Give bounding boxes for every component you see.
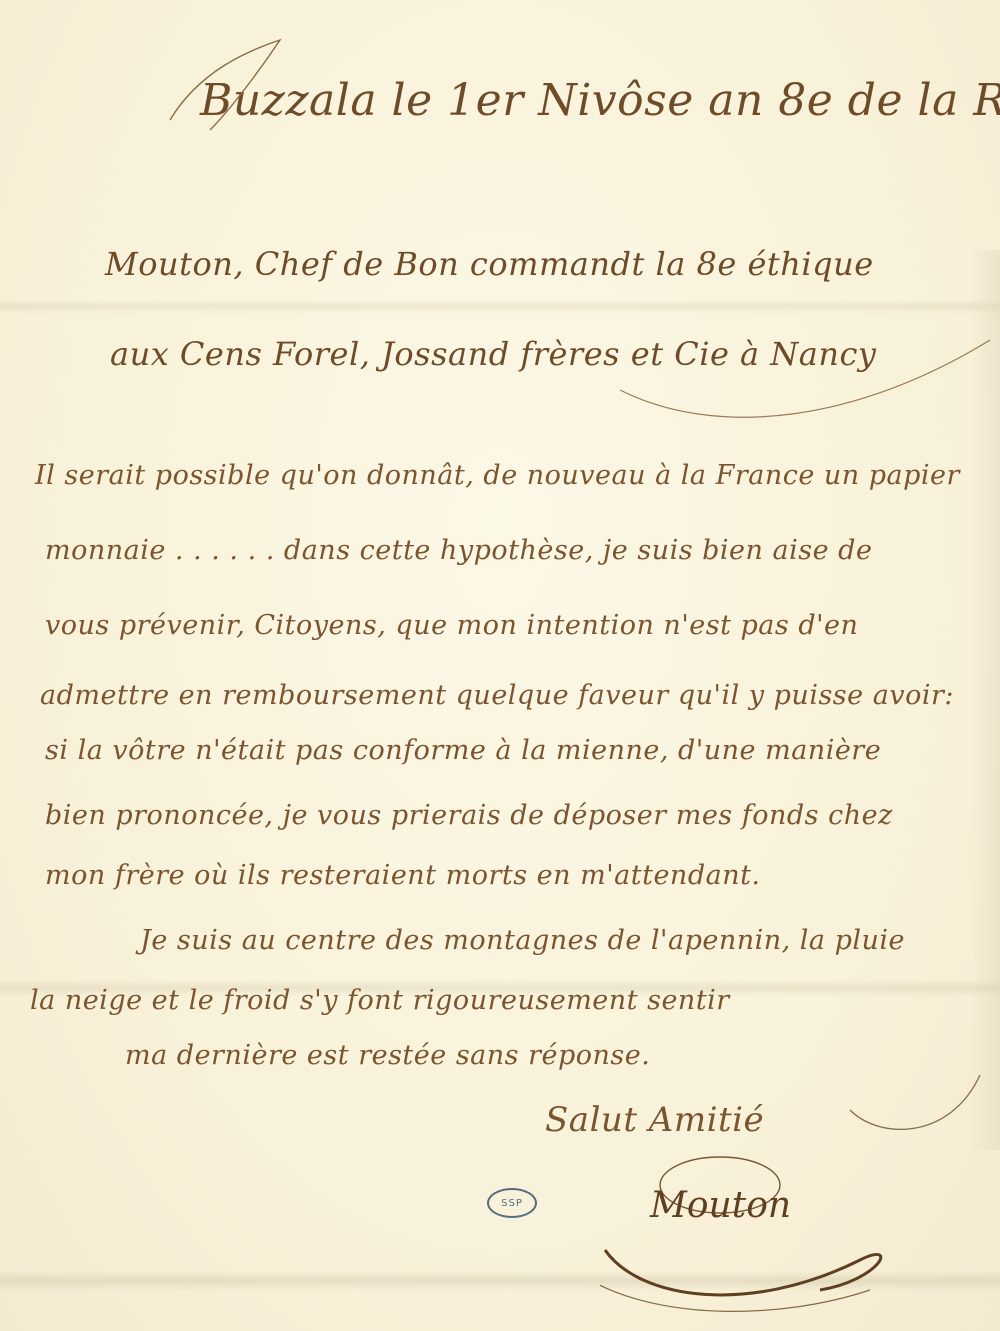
address-line-1: Mouton, Chef de Bon commandt la 8e éthiq… [105,245,874,283]
ssp-stamp: SSP [487,1188,537,1218]
address-line-2: aux Cens Forel, Jossand frères et Cie à … [110,335,876,373]
body-line-7: mon frère où ils resteraient morts en m'… [45,860,761,891]
signature-name: Mouton [650,1185,791,1226]
body-line-2: monnaie . . . . . . dans cette hypothèse… [45,535,872,566]
signature-flourish-icon [600,1140,920,1320]
paper-edge-stain [970,250,1000,1150]
closing-salutation: Salut Amitié [545,1100,764,1140]
body-line-5: si la vôtre n'était pas conforme à la mi… [45,735,881,766]
body-line-1: Il serait possible qu'on donnât, de nouv… [35,460,960,491]
letter-page: Buzzala le 1er Nivôse an 8e de la R. F. … [0,0,1000,1331]
body-line-6: bien prononcée, je vous prierais de dépo… [45,800,893,831]
salutation-flourish-icon [840,1070,990,1150]
body-line-8: Je suis au centre des montagnes de l'ape… [140,925,905,956]
dateline: Buzzala le 1er Nivôse an 8e de la R. F. [200,75,1000,126]
body-line-3: vous prévenir, Citoyens, que mon intenti… [45,610,858,641]
stamp-text: SSP [501,1198,523,1209]
body-line-9: la neige et le froid s'y font rigoureuse… [30,985,730,1016]
body-line-4: admettre en remboursement quelque faveur… [40,680,954,711]
signature: Mouton [620,1140,880,1310]
body-line-10: ma dernière est restée sans réponse. [125,1040,650,1071]
